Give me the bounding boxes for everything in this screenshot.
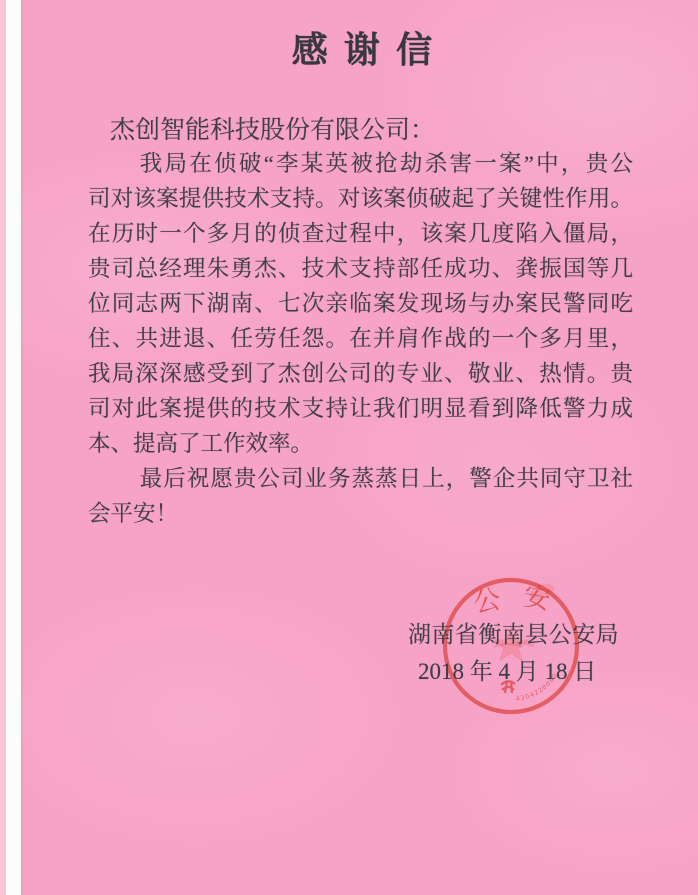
body-line: 最后祝愿贵公司业务蒸蒸日上，警企共同守卫社 <box>88 461 633 496</box>
addressee-line: 杰创智能科技股份有限公司： <box>110 110 435 146</box>
body-line: 我局深深感受到了杰创公司的专业、敬业、热情。贵 <box>88 356 633 391</box>
body-line: 我局在侦破“李某英被抢劫杀害一案”中，贵公 <box>88 146 633 181</box>
signature-org: 湖南省衡南县公安局 <box>408 616 619 649</box>
letter-body: 我局在侦破“李某英被抢劫杀害一案”中，贵公司对该案提供技术支持。对该案侦破起了关… <box>88 146 633 531</box>
body-line: 住、共进退、任劳任怨。在并肩作战的一个多月里， <box>88 321 633 356</box>
scanned-letter: 感谢信 杰创智能科技股份有限公司： 我局在侦破“李某英被抢劫杀害一案”中，贵公司… <box>0 0 698 895</box>
body-line: 司对该案提供技术支持。对该案侦破起了关键性作用。 <box>88 181 633 216</box>
body-line: 本、提高了工作效率。 <box>88 426 633 461</box>
body-line: 司对此案提供的技术支持让我们明显看到降低警力成 <box>88 391 633 426</box>
scan-edge-strip <box>6 0 21 895</box>
body-line: 在历时一个多月的侦查过程中，该案几度陷入僵局， <box>88 216 633 251</box>
body-line: 会平安！ <box>88 496 633 531</box>
signature-date: 2018 年 4 月 18 日 <box>418 653 596 686</box>
body-line: 位同志两下湖南、七次亲临案发现场与办案民警同吃 <box>88 286 633 321</box>
letter-title: 感谢信 <box>21 22 698 73</box>
body-line: 贵司总经理朱勇杰、技术支持部任成功、龚振国等几 <box>88 251 633 286</box>
seal-top-text-right: 安 <box>521 581 553 615</box>
seal-top-text-left: 公 <box>471 584 503 618</box>
